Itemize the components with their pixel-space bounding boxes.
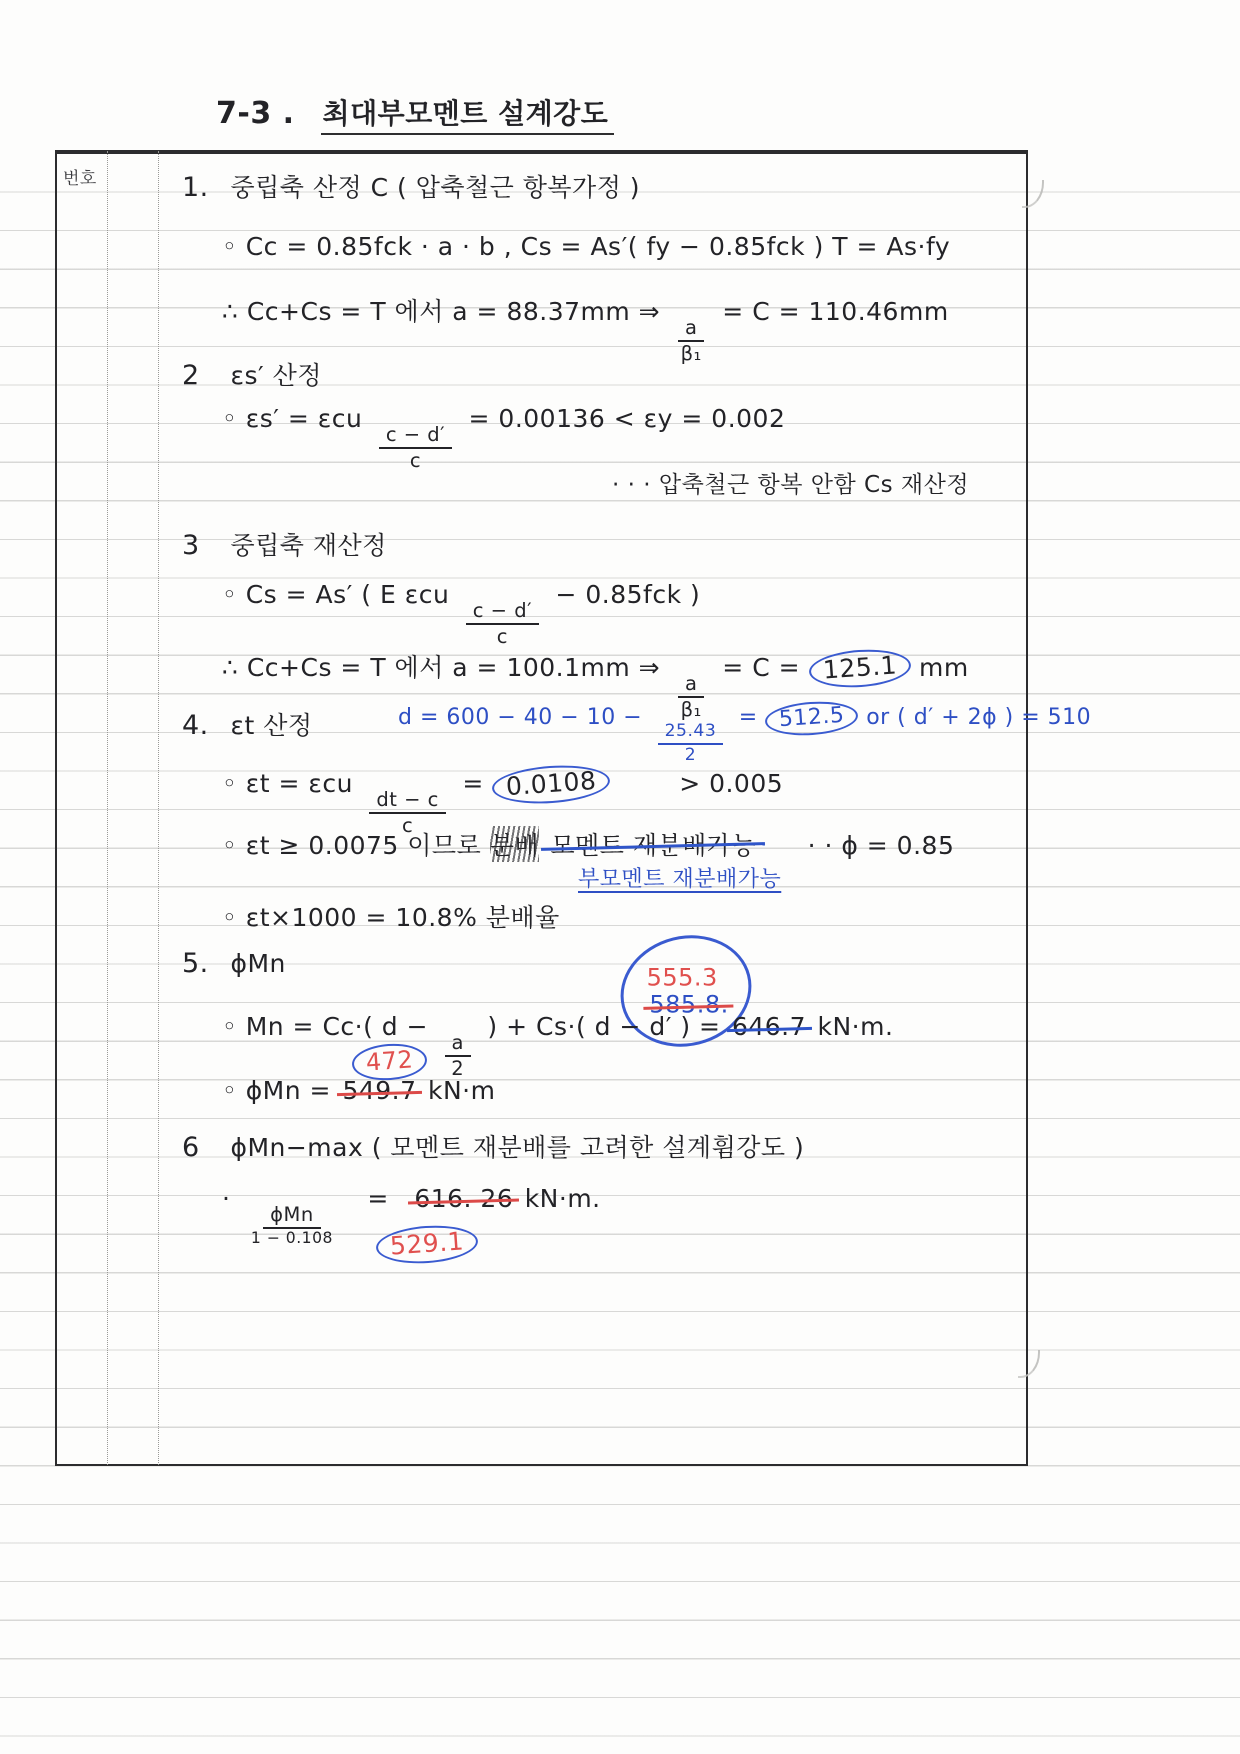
s4-phi-line: ◦ εt ≥ 0.0075 이므로 분배 모멘트 재분배가능 · · ϕ = 0… — [222, 826, 954, 862]
s6-correction-529: 529.1 — [376, 1226, 478, 1263]
section-3-heading: 3 중립축 재산정 — [182, 526, 387, 562]
s3-result-pre: ∴ Cc+Cs = T 에서 a = 100.1mm ⇒ — [222, 653, 660, 682]
s4-blue-post: or ( d′ + 2ϕ ) = 510 — [866, 705, 1091, 730]
s1-formula-result: ∴ Cc+Cs = T 에서 a = 88.37mm ⇒ a β₁ = C = … — [222, 292, 949, 365]
s4-formula-pre: ◦ εt = εcu — [222, 769, 353, 798]
s5-mn-mid: ) + Cs·( d − d′ ) = — [487, 1012, 720, 1041]
s2-strain-formula: ◦ εs′ = εcu c − d′ c = 0.00136 < εy = 0.… — [222, 404, 785, 472]
s4-blue-eq: = — [739, 705, 758, 730]
s3-result-unit: mm — [919, 653, 969, 682]
s2-formula-pre: ◦ εs′ = εcu — [222, 404, 362, 433]
title-number: 7-3 . — [216, 96, 295, 131]
s6-unit: kN·m. — [525, 1184, 601, 1213]
section-6-title: ϕMn−max ( 모멘트 재분배를 고려한 설계휨강도 ) — [230, 1133, 804, 1162]
s5-correction-472: 472 — [352, 1044, 427, 1080]
section-3-title: 중립축 재산정 — [230, 531, 386, 560]
section-3-number: 3 — [182, 530, 222, 561]
section-5-heading: 5. ϕMn — [182, 948, 286, 979]
fraction-c-minus-dprime: c − d′ c — [379, 424, 452, 473]
struck-value-549-7: 549.7 — [339, 1076, 419, 1105]
s5-mn-unit: kN·m. — [817, 1012, 893, 1041]
s4-formula-eq: = — [462, 769, 483, 798]
s1-formula-cc-text: ◦ Cc = 0.85fck · a · b , Cs = As′( fy − … — [222, 232, 950, 261]
s4-distribution-rate: ◦ εt×1000 = 10.8% 분배율 — [222, 898, 560, 934]
section-1-number: 1. — [182, 172, 222, 203]
s3-cs-formula: ◦ Cs = As′ ( E εcu c − d′ c − 0.85fck ) — [222, 580, 700, 648]
circled-value-512-5: 512.5 — [764, 699, 860, 738]
section-5-number: 5. — [182, 948, 222, 979]
section-2-number: 2 — [182, 360, 222, 391]
scan-artifact-top — [1022, 180, 1044, 208]
s4-blue-note-text: 부모멘트 재분배가능 — [578, 867, 781, 892]
circled-value-0-0108: 0.0108 — [491, 762, 612, 807]
s4-distribution-text: ◦ εt×1000 = 10.8% 분배율 — [222, 903, 560, 932]
section-5-title: ϕMn — [230, 949, 285, 978]
s2-note-text: · · · 압축철근 항복 안함 Cs 재산정 — [612, 472, 969, 498]
s4-phi-post: · · ϕ = 0.85 — [808, 831, 955, 860]
scan-artifact-bottom — [1018, 1350, 1040, 1378]
s4-phi-pre: ◦ εt ≥ 0.0075 이므로 — [222, 831, 481, 860]
struck-value-646-7: 646.7 — [729, 1012, 809, 1041]
section-6-heading: 6 ϕMn−max ( 모멘트 재분배를 고려한 설계휨강도 ) — [182, 1128, 804, 1164]
section-4-title: εt 산정 — [230, 711, 312, 740]
title-text: 최대부모멘트 설계강도 — [321, 97, 615, 135]
s1-result-pre: ∴ Cc+Cs = T 에서 a = 88.37mm ⇒ — [222, 297, 660, 326]
table-vertical-divider-2 — [158, 151, 159, 1465]
fraction-phimn-over-1-minus-0108: ϕMn 1 − 0.108 — [247, 1204, 337, 1248]
circled-value-529-1: 529.1 — [375, 1222, 479, 1266]
s6-bullet: · — [222, 1184, 230, 1213]
corrected-value-555-3: 555.3 — [647, 963, 718, 991]
s1-result-post: = C = 110.46mm — [722, 297, 948, 326]
s4-blue-pre: d = 600 − 40 − 10 − — [398, 705, 642, 730]
scanned-notebook-page: 7-3 .최대부모멘트 설계강도 번호 1. 중립축 산정 C ( 압축철근 항… — [0, 0, 1240, 1754]
circled-value-125-1: 125.1 — [807, 646, 911, 690]
s4-blue-correction-note: 부모멘트 재분배가능 — [578, 862, 781, 893]
page-title: 7-3 .최대부모멘트 설계강도 — [216, 92, 614, 132]
s4-blue-d-annotation: d = 600 − 40 − 10 − 25.43 2 = 512.5 or (… — [398, 702, 1091, 765]
fraction-a-beta1: a β₁ — [677, 317, 706, 366]
s5-mn-pre: ◦ Mn = Cc·( d − — [222, 1012, 428, 1041]
section-2-title: εs′ 산정 — [230, 361, 321, 390]
fraction-c-minus-dprime-2: c − d′ c — [466, 600, 539, 649]
s3-formula-pre: ◦ Cs = As′ ( E εcu — [222, 580, 449, 609]
s1-formula-cc: ◦ Cc = 0.85fck · a · b , Cs = As′( fy − … — [222, 232, 950, 261]
section-6-number: 6 — [182, 1132, 222, 1163]
s3-formula-post: − 0.85fck ) — [555, 580, 700, 609]
column-header-number: 번호 — [63, 164, 97, 189]
section-4-heading: 4. εt 산정 — [182, 706, 313, 742]
section-2-heading: 2 εs′ 산정 — [182, 356, 322, 392]
scribbled-word: 분배 — [490, 826, 539, 862]
fraction-a-over-2: a 2 — [445, 1032, 471, 1081]
section-1-title: 중립축 산정 C ( 압축철근 항복가정 ) — [230, 173, 640, 202]
s5-phimn-line: ◦ ϕMn = 549.7 kN·m — [222, 1076, 495, 1105]
s2-formula-post: = 0.00136 < εy = 0.002 — [469, 404, 786, 433]
s5-phimn-unit: kN·m — [428, 1076, 495, 1105]
fraction-25-43-over-2: 25.43 2 — [658, 722, 724, 765]
s3-result-mid: = C = — [722, 653, 800, 682]
s6-eq: = — [367, 1184, 388, 1213]
section-4-number: 4. — [182, 710, 222, 741]
s4-formula-post: > 0.005 — [679, 769, 783, 798]
section-1-heading: 1. 중립축 산정 C ( 압축철근 항복가정 ) — [182, 168, 640, 204]
s5-mn-formula: ◦ Mn = Cc·( d − a 2 ) + Cs·( d − d′ ) = … — [222, 1012, 893, 1080]
s5-phimn-pre: ◦ ϕMn = — [222, 1076, 331, 1105]
struck-text-moment-redistribution: 모멘트 재분배가능 — [547, 826, 759, 862]
s2-conclusion-note: · · · 압축철근 항복 안함 Cs 재산정 — [612, 466, 969, 499]
struck-value-616-26: 616. 26 — [411, 1184, 516, 1213]
table-vertical-divider-1 — [107, 151, 108, 1465]
